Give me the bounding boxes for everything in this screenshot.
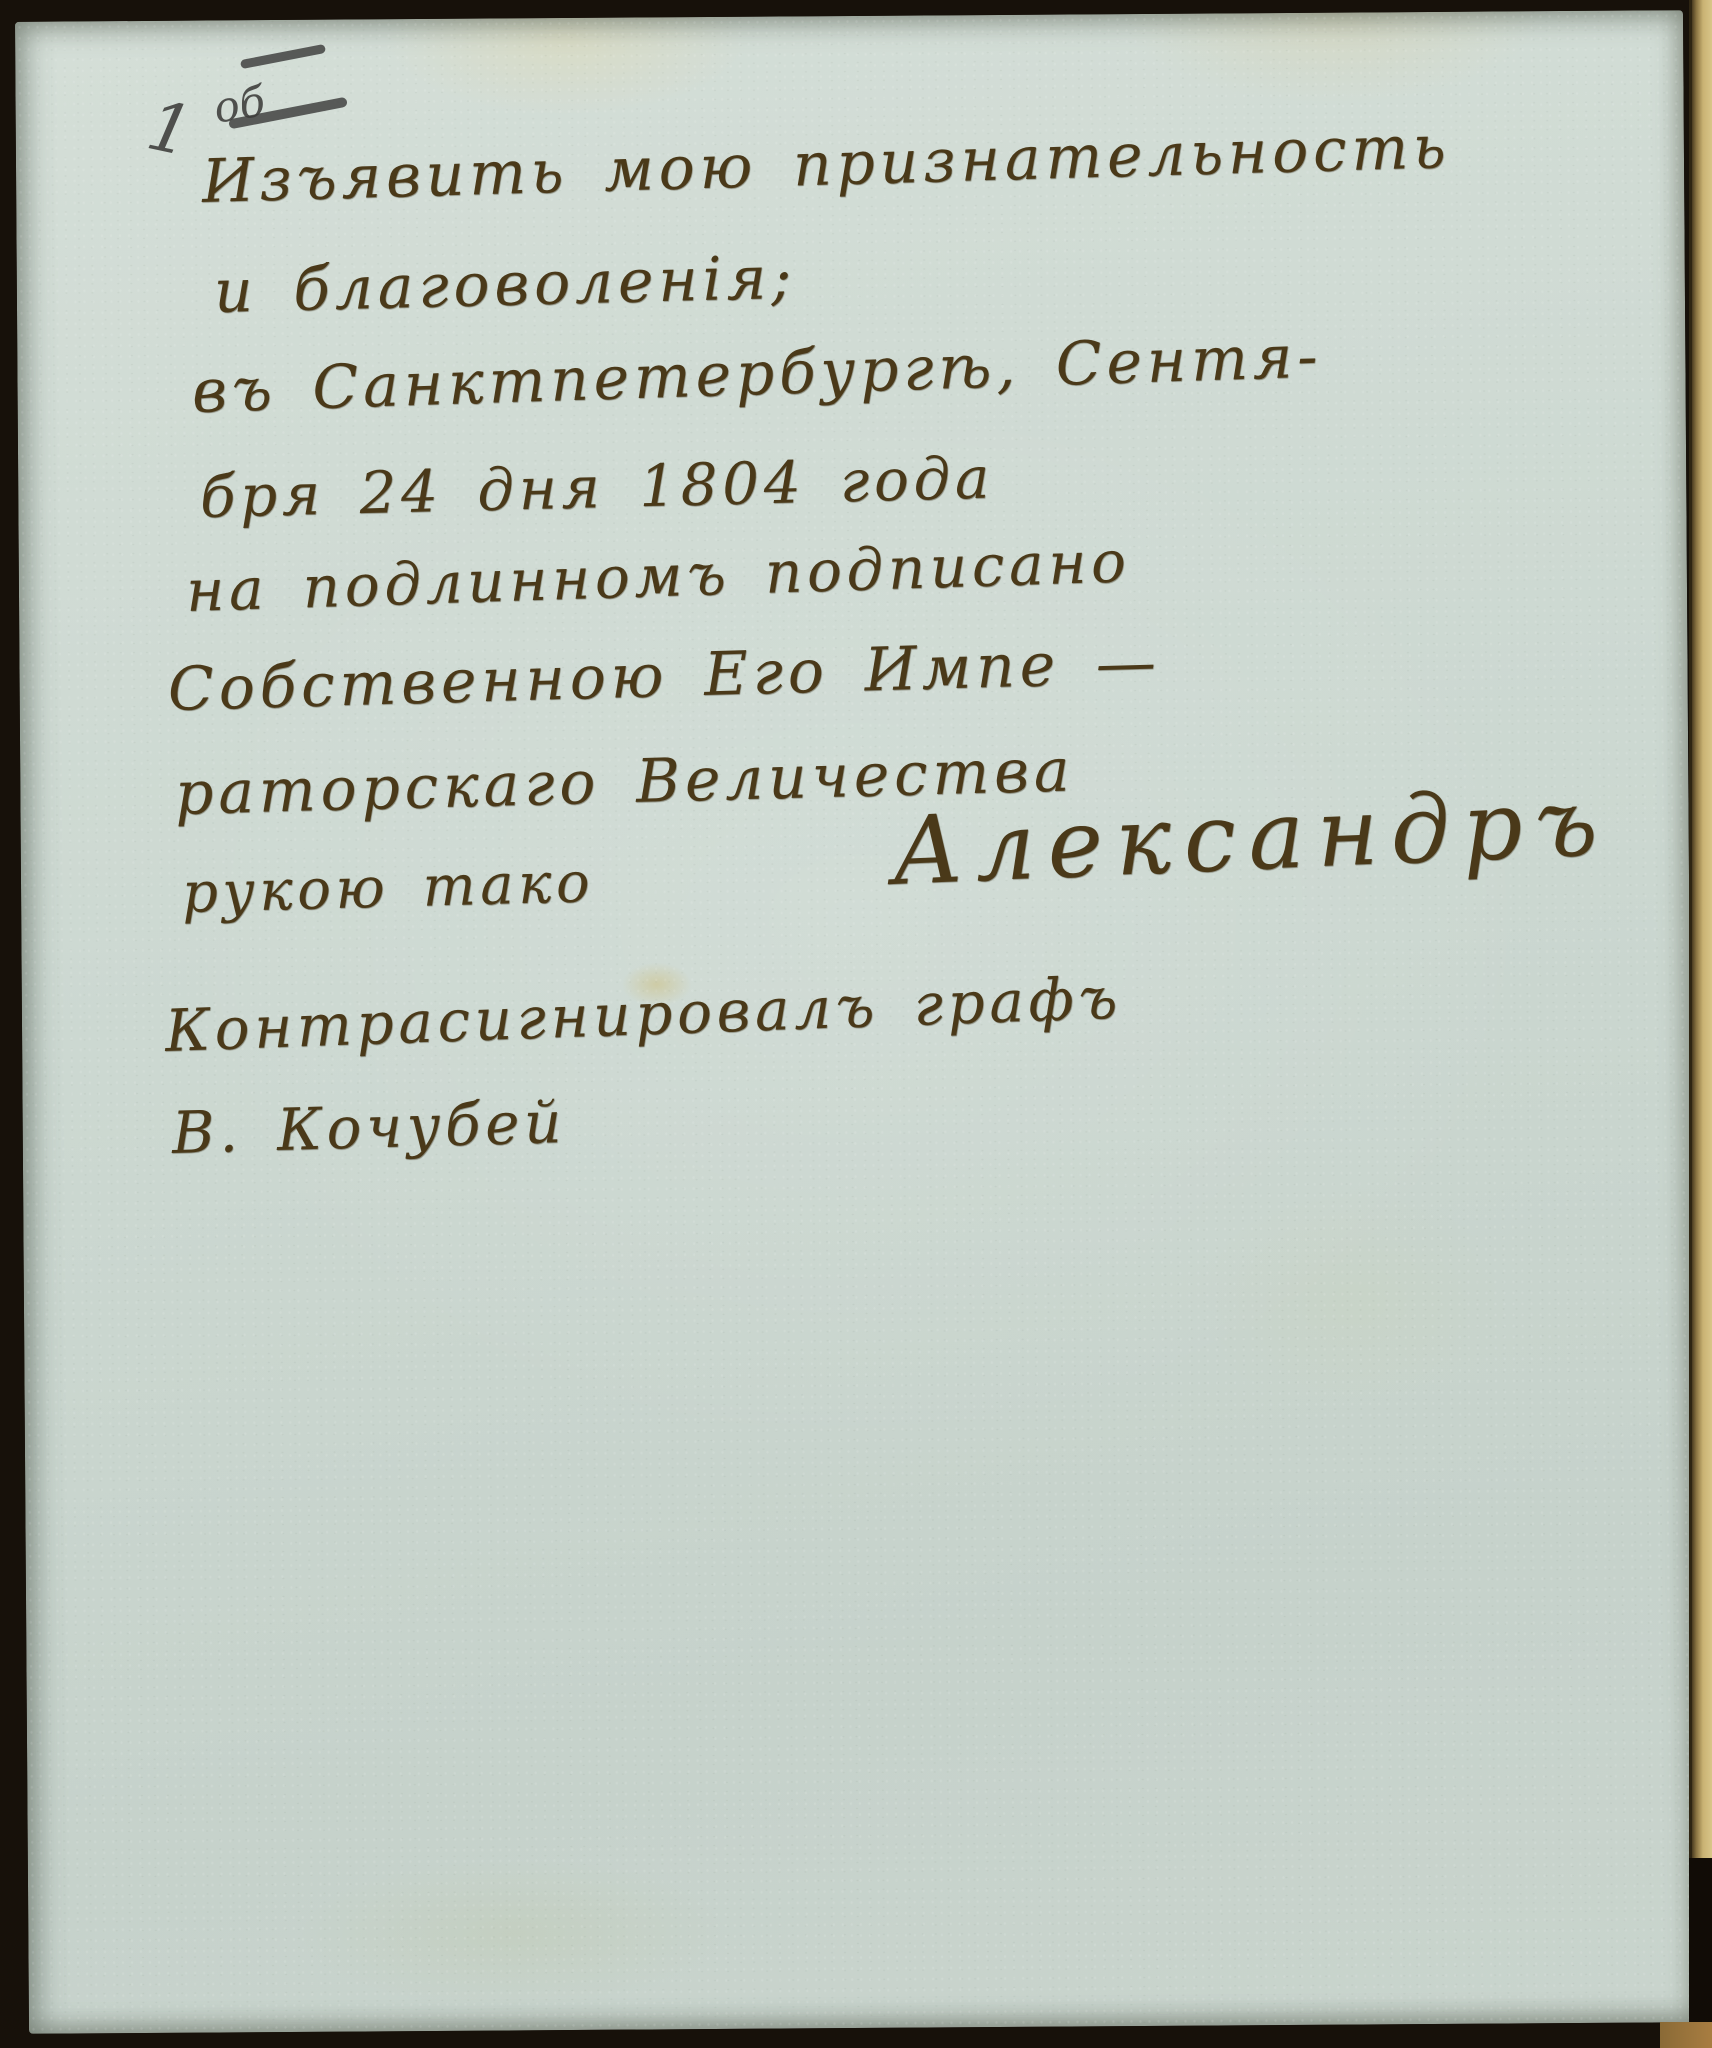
paper-stain	[298, 1857, 729, 2010]
manuscript-line-4: бря 24 дня 1804 года	[199, 449, 994, 526]
manuscript-line-8: рукою тако	[181, 855, 595, 922]
binding-edge	[1689, 0, 1712, 2048]
under-page-corner	[1660, 2022, 1712, 2048]
paper-stain	[1203, 1191, 1505, 1413]
imperial-signature: Александръ	[890, 776, 1611, 900]
manuscript-line-2: и благоволенія;	[213, 248, 796, 322]
scanned-manuscript-page: 1 об Изъявить мою признательность и благ…	[0, 0, 1712, 2048]
binding-gap	[1689, 1858, 1712, 2030]
countersignature-line-2: В. Кочубей	[171, 1093, 567, 1162]
